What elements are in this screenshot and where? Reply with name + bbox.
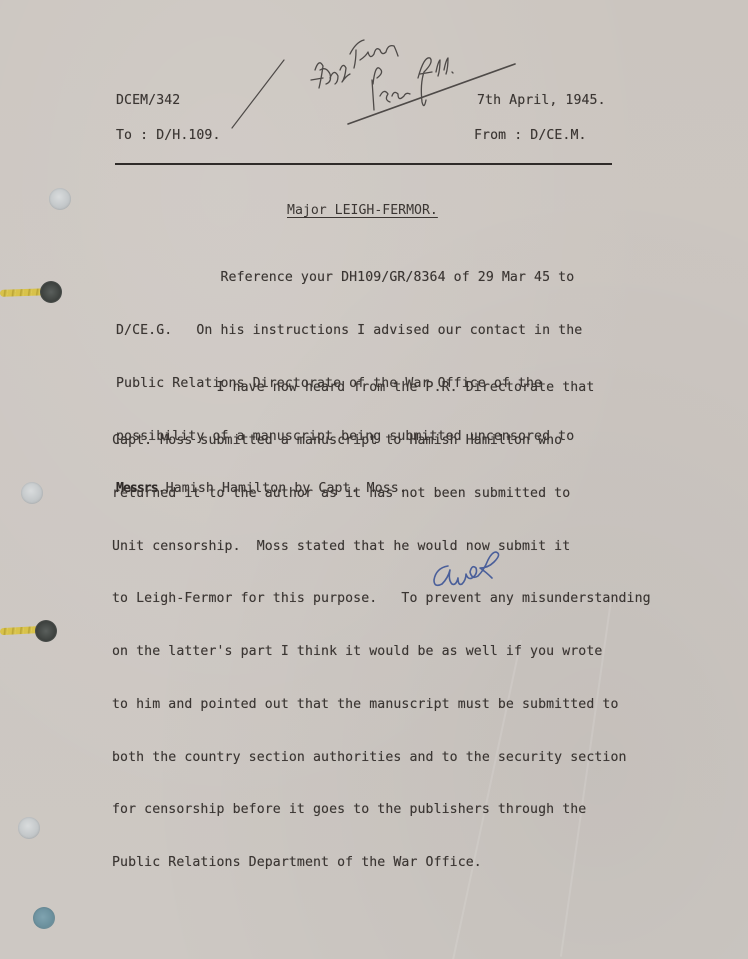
punch-hole	[18, 817, 40, 839]
paragraph-line: D/CE.G. On his instructions I advised ou…	[116, 322, 582, 340]
paragraph-line: to him and pointed out that the manuscri…	[112, 696, 651, 714]
memo-sender: From : D/CE.M.	[474, 127, 587, 145]
paragraph-line: for censorship before it goes to the pub…	[112, 801, 651, 819]
paragraph-line: Reference your DH109/GR/8364 of 29 Mar 4…	[116, 269, 582, 287]
memo-date: 7th April, 1945.	[477, 92, 606, 110]
punch-hole	[40, 281, 62, 303]
punch-hole	[33, 907, 55, 929]
memo-subject: Major LEIGH-FERMOR.	[287, 202, 438, 220]
paragraph-line: returned it to the author as it has not …	[112, 485, 651, 503]
paragraph-line: both the country section authorities and…	[112, 749, 651, 767]
memo-recipient: To : D/H.109.	[116, 127, 221, 145]
paragraph-line: on the latter's part I think it would be…	[112, 643, 651, 661]
header-divider	[115, 163, 612, 165]
paragraph-line: to Leigh-Fermor for this purpose. To pre…	[112, 590, 651, 608]
paragraph-line: Public Relations Department of the War O…	[112, 854, 651, 872]
punch-hole	[35, 620, 57, 642]
memo-page: DCEM/342 To : D/H.109. 7th April, 1945. …	[0, 0, 748, 959]
memo-paragraph-2: I have now heard from the P.R. Directora…	[112, 344, 651, 907]
paragraph-line: I have now heard from the P.R. Directora…	[112, 379, 651, 397]
paragraph-line: Capt. Moss submitted a manuscript to Ham…	[112, 432, 651, 450]
memo-reference: DCEM/342	[116, 92, 180, 110]
pencil-annotation	[232, 40, 515, 128]
punch-hole	[21, 482, 43, 504]
punch-hole	[49, 188, 71, 210]
paragraph-line: Unit censorship. Moss stated that he wou…	[112, 538, 651, 556]
